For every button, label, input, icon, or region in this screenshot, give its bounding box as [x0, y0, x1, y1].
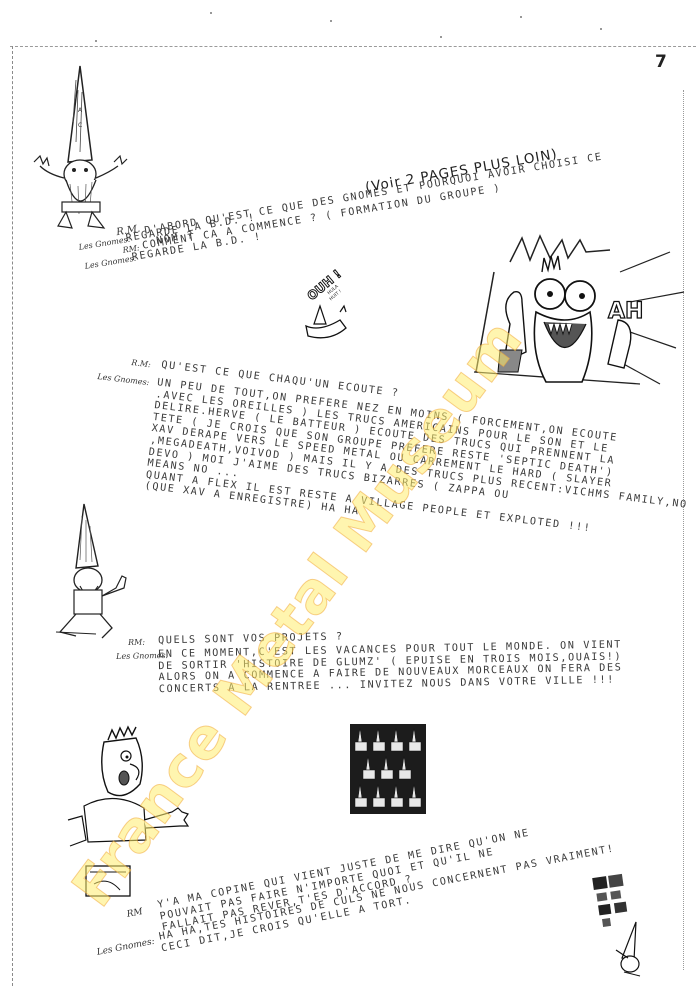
page-top-edge — [10, 46, 696, 47]
scan-speck — [600, 28, 602, 30]
surprised-man-illustration — [64, 720, 204, 900]
question-text: QUELS SONT VOS PROJETS ? — [158, 631, 344, 646]
scan-speck — [330, 20, 332, 22]
scan-speck — [440, 36, 442, 38]
answer-text: EN CE MOMENT,C'EST LES VACANCES POUR TOU… — [158, 639, 623, 695]
speaker-label: RM — [126, 907, 144, 920]
shouting-gnome-illustration — [588, 870, 658, 980]
svg-text:C: C — [78, 122, 82, 129]
screaming-face-illustration: AH — [470, 232, 688, 392]
speaker-label: Les Gnomes: — [96, 937, 156, 958]
ouh-caption: OUH ! — [305, 267, 344, 303]
scream-caption: AH — [608, 299, 643, 324]
speaker-label: RM: — [128, 638, 145, 647]
speaker-label: Les Gnomes: — [97, 372, 150, 387]
zine-page: 7 A C R.M. D'ABORD QU'EST CE QUE DES GNO… — [0, 0, 700, 990]
page-left-edge — [12, 46, 13, 986]
gnome-pattern-illustration — [350, 724, 426, 814]
scan-speck — [520, 16, 522, 18]
speaker-label: R.M: — [131, 358, 151, 369]
answer-text: UN PEU DE TOUT,ON PREFERE NEZ EN MOINS (… — [144, 377, 695, 557]
gnome-top-illustration: A C — [18, 62, 128, 230]
ouh-gnome-illustration: OUH ! HULA HUIT ! — [300, 262, 360, 342]
page-number: 7 — [655, 52, 667, 72]
scan-speck — [210, 12, 212, 14]
speaker-label: Les Gnomes: — [84, 254, 137, 271]
scan-speck — [95, 40, 97, 42]
waving-gnome-illustration — [36, 500, 136, 640]
